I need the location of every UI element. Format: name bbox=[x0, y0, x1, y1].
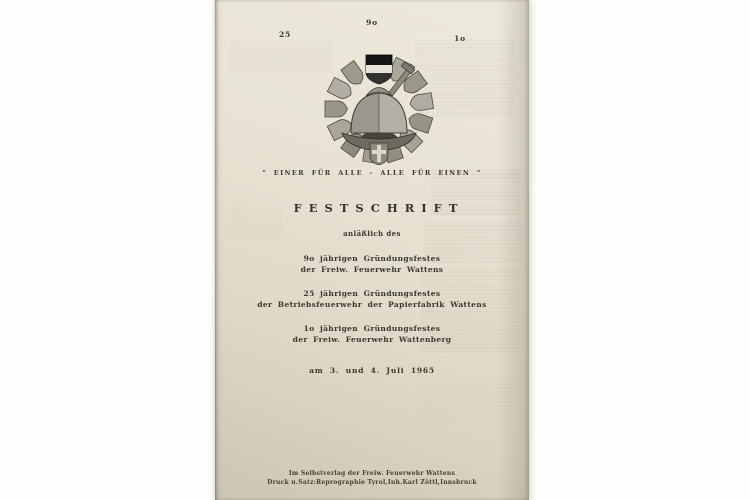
anniversary-item-25: 25 jährigen Gründungsfestes der Betriebs… bbox=[215, 289, 529, 310]
document-page: 25 9o 1o bbox=[215, 0, 529, 500]
anniversary-line1: 9o jährigen Gründungsfestes bbox=[215, 254, 529, 265]
anniversary-number-left: 25 bbox=[273, 30, 297, 39]
bleed-through-text bbox=[421, 380, 517, 420]
motto-line: " EINER FÜR ALLE - ALLE FÜR EINEN " bbox=[215, 169, 529, 177]
anniversary-item-10: 1o jährigen Gründungsfestes der Freiw. F… bbox=[215, 324, 529, 345]
event-date: am 3. und 4. Juli 1965 bbox=[215, 366, 529, 375]
fire-brigade-badge-icon bbox=[318, 53, 440, 165]
anniversary-line2: der Betriebsfeuerwehr der Papierfabrik W… bbox=[215, 300, 529, 311]
anniversary-item-90: 9o jährigen Gründungsfestes der Freiw. F… bbox=[215, 254, 529, 275]
austria-shield-icon bbox=[366, 55, 392, 84]
occasion-intro: anläßlich des bbox=[215, 229, 529, 238]
cross-shield-icon bbox=[370, 143, 388, 165]
imprint: Im Selbstverlag der Freiw. Feuerwehr Wat… bbox=[215, 469, 529, 487]
imprint-printer: Druck u.Satz:Reprographie Tyrol,Inh.Karl… bbox=[215, 478, 529, 487]
anniversary-number-right: 1o bbox=[448, 34, 472, 43]
photo-backdrop: 25 9o 1o bbox=[0, 0, 750, 500]
page-title: FESTSCHRIFT bbox=[215, 201, 536, 215]
anniversary-line2: der Freiw. Feuerwehr Wattenberg bbox=[215, 335, 529, 346]
anniversary-line1: 1o jährigen Gründungsfestes bbox=[215, 324, 529, 335]
anniversary-line2: der Freiw. Feuerwehr Wattens bbox=[215, 265, 529, 276]
imprint-publisher: Im Selbstverlag der Freiw. Feuerwehr Wat… bbox=[215, 469, 529, 478]
anniversary-line1: 25 jährigen Gründungsfestes bbox=[215, 289, 529, 300]
anniversary-number-center: 9o bbox=[360, 18, 384, 27]
fire-helmet-icon bbox=[342, 88, 416, 152]
